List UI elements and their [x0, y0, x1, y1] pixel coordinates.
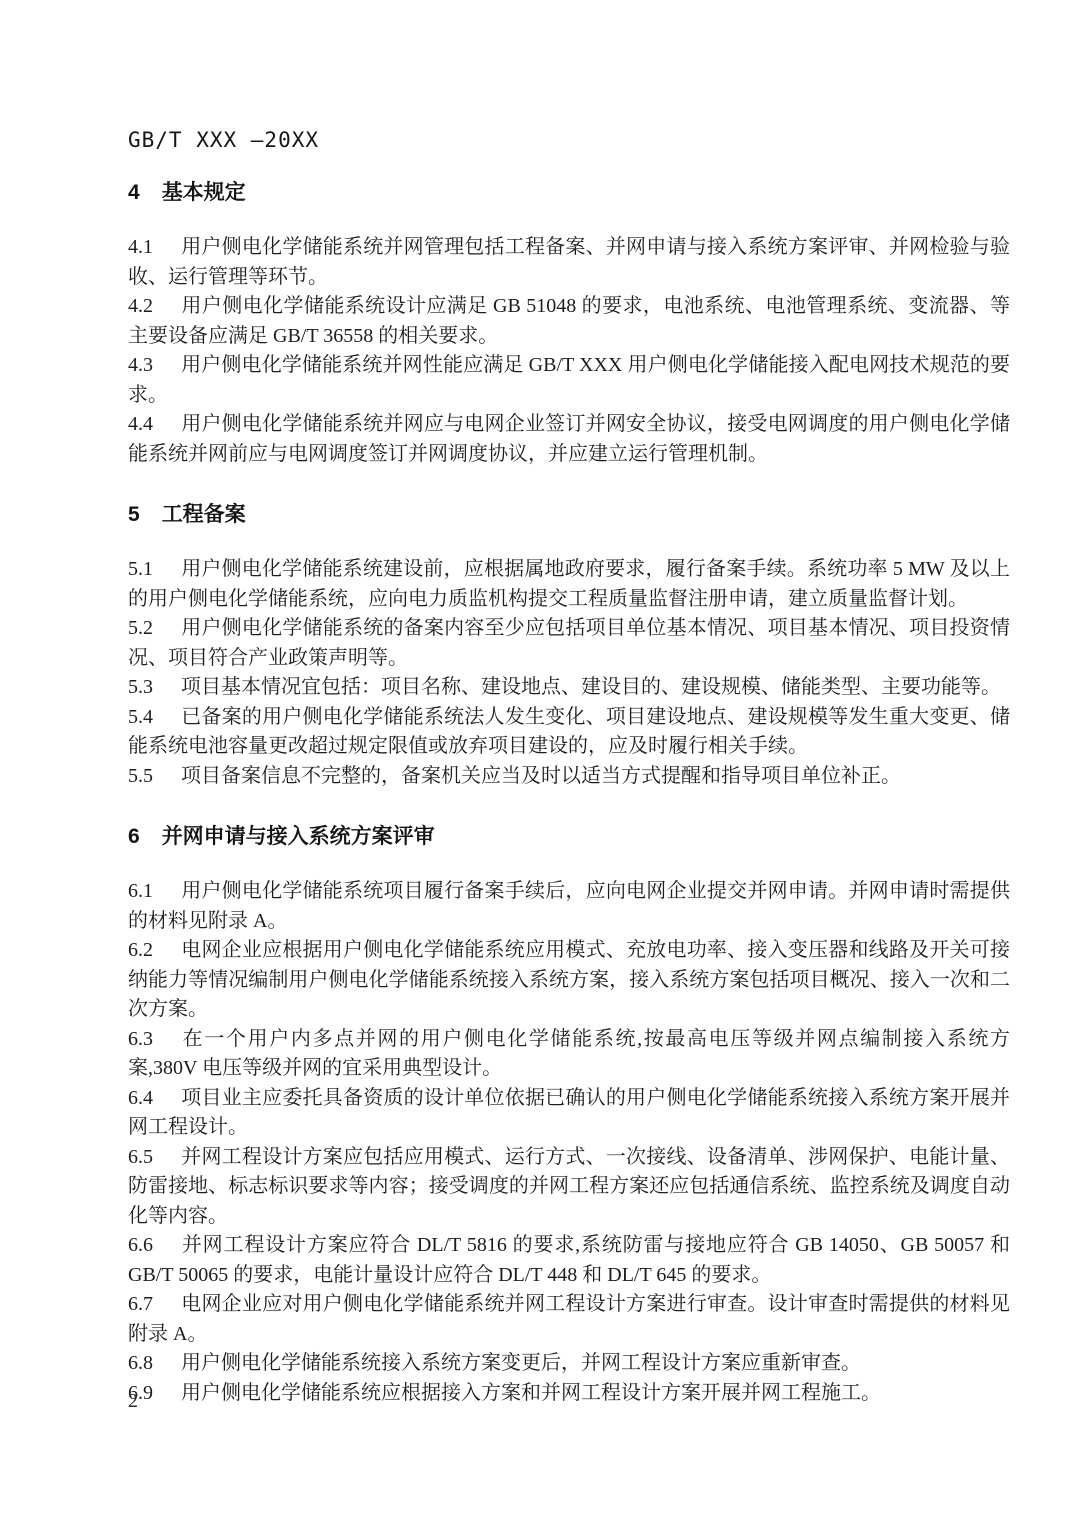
clause-6-3: 6.3在一个用户内多点并网的用户侧电化学储能系统,按最高电压等级并网点编制接入系… [128, 1025, 1010, 1084]
clause-4-1: 4.1用户侧电化学储能系统并网管理包括工程备案、并网申请与接入系统方案评审、并网… [128, 233, 1010, 292]
clause-5-4: 5.4已备案的用户侧电化学储能系统法人发生变化、项目建设地点、建设规模等发生重大… [128, 703, 1010, 762]
clause-text: 用户侧电化学储能系统并网应与电网企业签订并网安全协议，接受电网调度的用户侧电化学… [128, 413, 1010, 465]
clause-number: 6.8 [128, 1349, 181, 1379]
clause-4-2: 4.2用户侧电化学储能系统设计应满足 GB 51048 的要求，电池系统、电池管… [128, 292, 1010, 351]
section-title: 工程备案 [162, 503, 246, 526]
clause-text: 项目业主应委托具备资质的设计单位依据已确认的用户侧电化学储能系统接入系统方案开展… [128, 1087, 1010, 1139]
clause-5-5: 5.5项目备案信息不完整的，备案机关应当及时以适当方式提醒和指导项目单位补正。 [128, 762, 1010, 792]
section-title: 并网申请与接入系统方案评审 [162, 825, 435, 848]
clause-text: 用户侧电化学储能系统并网性能应满足 GB/T XXX 用户侧电化学储能接入配电网… [128, 354, 1010, 406]
page-number: 2 [128, 1390, 138, 1413]
section-title: 基本规定 [162, 181, 246, 204]
section-body-4: 4.1用户侧电化学储能系统并网管理包括工程备案、并网申请与接入系统方案评审、并网… [128, 233, 1010, 469]
clause-number: 5.2 [128, 614, 181, 644]
clause-number: 6.7 [128, 1290, 181, 1320]
clause-number: 4.2 [128, 292, 181, 322]
clause-number: 6.2 [128, 936, 181, 966]
clause-6-7: 6.7电网企业应对用户侧电化学储能系统并网工程设计方案进行审查。设计审查时需提供… [128, 1290, 1010, 1349]
clause-text: 用户侧电化学储能系统项目履行备案手续后，应向电网企业提交并网申请。并网申请时需提… [128, 880, 1010, 932]
clause-4-4: 4.4用户侧电化学储能系统并网应与电网企业签订并网安全协议，接受电网调度的用户侧… [128, 410, 1010, 469]
section-number: 5 [128, 499, 140, 531]
section-number: 6 [128, 821, 140, 853]
clause-number: 6.4 [128, 1084, 181, 1114]
standard-number-header: GB/T XXX —20XX [128, 126, 1010, 155]
section-body-6: 6.1用户侧电化学储能系统项目履行备案手续后，应向电网企业提交并网申请。并网申请… [128, 877, 1010, 1408]
clause-number: 4.1 [128, 233, 181, 263]
clause-text: 用户侧电化学储能系统设计应满足 GB 51048 的要求，电池系统、电池管理系统… [128, 295, 1010, 347]
clause-6-8: 6.8用户侧电化学储能系统接入系统方案变更后，并网工程设计方案应重新审查。 [128, 1349, 1010, 1379]
document-page: GB/T XXX —20XX 4基本规定 4.1用户侧电化学储能系统并网管理包括… [0, 0, 1080, 1527]
page-content: GB/T XXX —20XX 4基本规定 4.1用户侧电化学储能系统并网管理包括… [128, 126, 1010, 1408]
clause-6-9: 6.9用户侧电化学储能系统应根据接入方案和并网工程设计方案开展并网工程施工。 [128, 1379, 1010, 1409]
clause-number: 5.3 [128, 673, 181, 703]
clause-number: 4.4 [128, 410, 181, 440]
clause-text: 并网工程设计方案应符合 DL/T 5816 的要求,系统防雷与接地应符合 GB … [128, 1234, 1010, 1286]
clause-6-1: 6.1用户侧电化学储能系统项目履行备案手续后，应向电网企业提交并网申请。并网申请… [128, 877, 1010, 936]
clause-text: 用户侧电化学储能系统并网管理包括工程备案、并网申请与接入系统方案评审、并网检验与… [128, 236, 1010, 288]
section-number: 4 [128, 177, 140, 209]
clause-6-5: 6.5并网工程设计方案应包括应用模式、运行方式、一次接线、设备清单、涉网保护、电… [128, 1143, 1010, 1232]
clause-5-1: 5.1用户侧电化学储能系统建设前，应根据属地政府要求，履行备案手续。系统功率 5… [128, 555, 1010, 614]
clause-number: 4.3 [128, 351, 181, 381]
clause-6-6: 6.6并网工程设计方案应符合 DL/T 5816 的要求,系统防雷与接地应符合 … [128, 1231, 1010, 1290]
clause-number: 5.4 [128, 703, 181, 733]
clause-6-4: 6.4项目业主应委托具备资质的设计单位依据已确认的用户侧电化学储能系统接入系统方… [128, 1084, 1010, 1143]
clause-text: 用户侧电化学储能系统应根据接入方案和并网工程设计方案开展并网工程施工。 [181, 1382, 881, 1404]
section-heading-6: 6并网申请与接入系统方案评审 [128, 821, 1010, 853]
clause-number: 5.5 [128, 762, 181, 792]
clause-number: 6.6 [128, 1231, 181, 1261]
clause-text: 并网工程设计方案应包括应用模式、运行方式、一次接线、设备清单、涉网保护、电能计量… [128, 1146, 1010, 1227]
clause-text: 项目备案信息不完整的，备案机关应当及时以适当方式提醒和指导项目单位补正。 [181, 765, 901, 787]
section-body-5: 5.1用户侧电化学储能系统建设前，应根据属地政府要求，履行备案手续。系统功率 5… [128, 555, 1010, 791]
clause-text: 电网企业应对用户侧电化学储能系统并网工程设计方案进行审查。设计审查时需提供的材料… [128, 1293, 1010, 1345]
clause-text: 用户侧电化学储能系统的备案内容至少应包括项目单位基本情况、项目基本情况、项目投资… [128, 617, 1010, 669]
clause-number: 6.3 [128, 1025, 181, 1055]
clause-text: 用户侧电化学储能系统接入系统方案变更后，并网工程设计方案应重新审查。 [181, 1352, 861, 1374]
clause-text: 项目基本情况宜包括：项目名称、建设地点、建设目的、建设规模、储能类型、主要功能等… [181, 676, 1001, 698]
clause-4-3: 4.3用户侧电化学储能系统并网性能应满足 GB/T XXX 用户侧电化学储能接入… [128, 351, 1010, 410]
clause-text: 电网企业应根据用户侧电化学储能系统应用模式、充放电功率、接入变压器和线路及开关可… [128, 939, 1010, 1020]
clause-number: 6.5 [128, 1143, 181, 1173]
section-heading-4: 4基本规定 [128, 177, 1010, 209]
clause-number: 6.1 [128, 877, 181, 907]
clause-5-2: 5.2用户侧电化学储能系统的备案内容至少应包括项目单位基本情况、项目基本情况、项… [128, 614, 1010, 673]
clause-text: 在一个用户内多点并网的用户侧电化学储能系统,按最高电压等级并网点编制接入系统方案… [128, 1028, 1010, 1080]
clause-text: 已备案的用户侧电化学储能系统法人发生变化、项目建设地点、建设规模等发生重大变更、… [128, 706, 1010, 758]
section-heading-5: 5工程备案 [128, 499, 1010, 531]
clause-6-2: 6.2电网企业应根据用户侧电化学储能系统应用模式、充放电功率、接入变压器和线路及… [128, 936, 1010, 1025]
clause-5-3: 5.3项目基本情况宜包括：项目名称、建设地点、建设目的、建设规模、储能类型、主要… [128, 673, 1010, 703]
clause-text: 用户侧电化学储能系统建设前，应根据属地政府要求，履行备案手续。系统功率 5 MW… [128, 558, 1010, 610]
clause-number: 5.1 [128, 555, 181, 585]
